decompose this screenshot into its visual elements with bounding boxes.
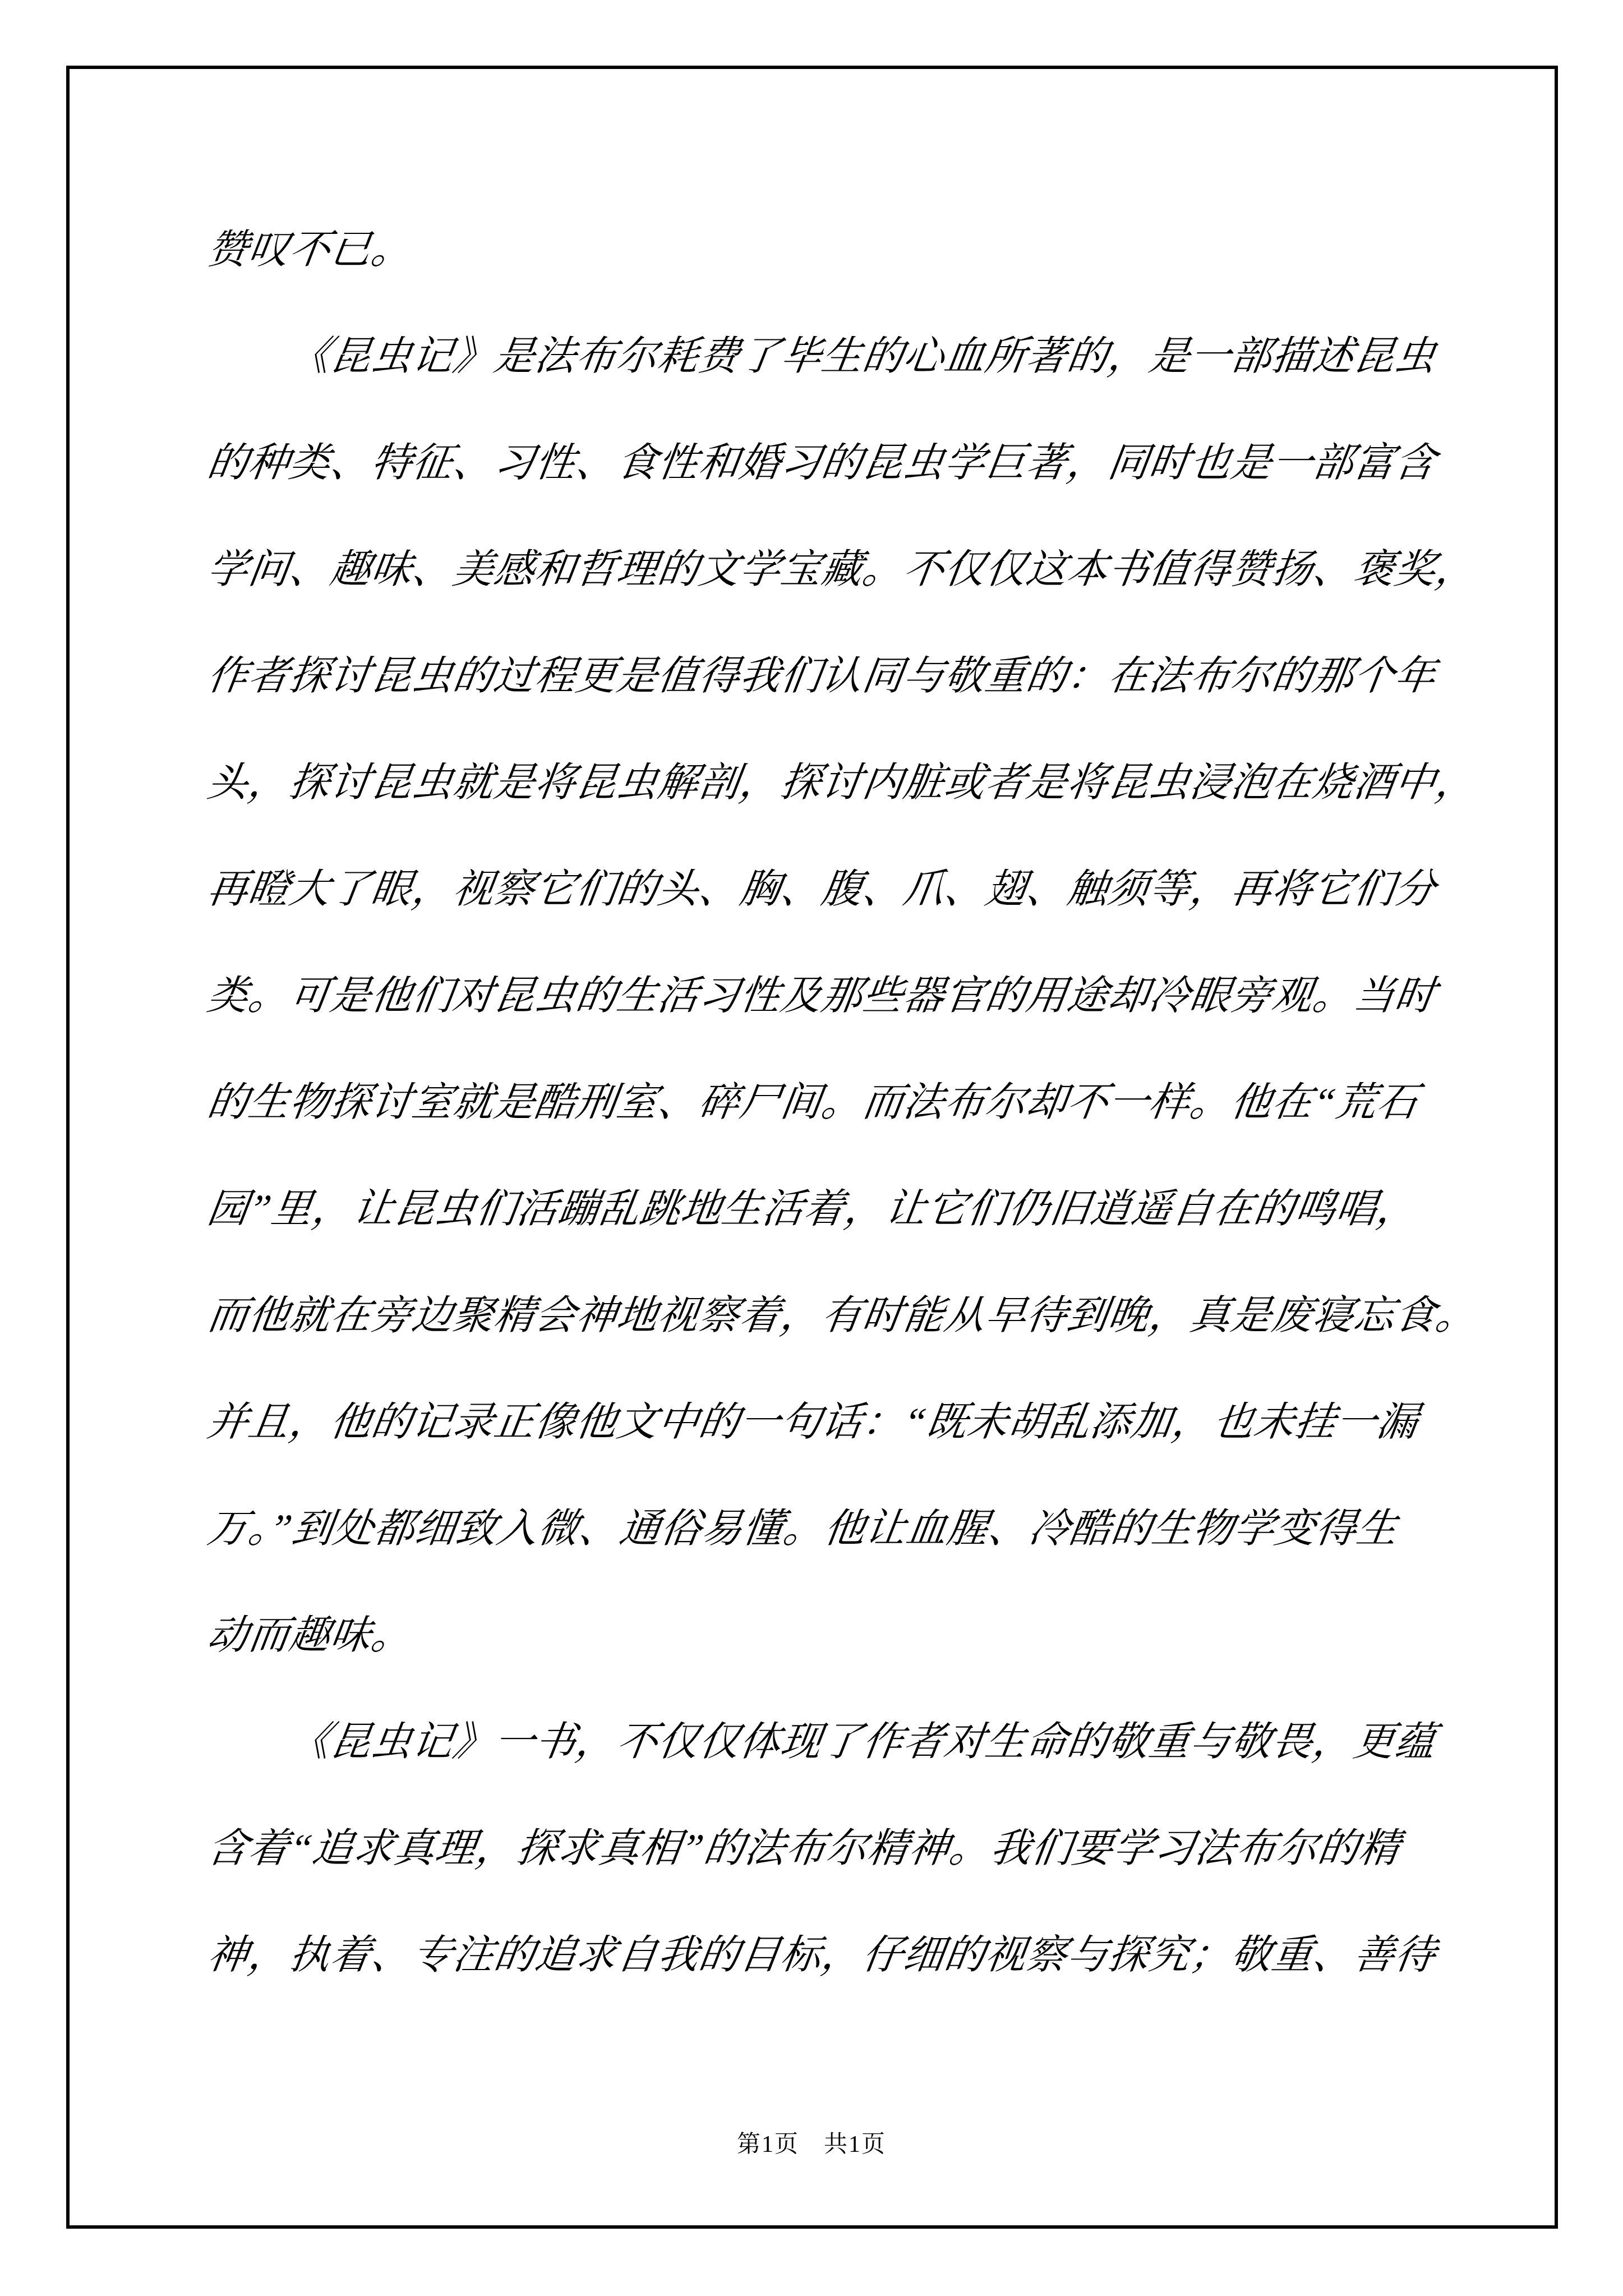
text-line: 神，执着、专注的追求自我的目标，仔细的视察与探究；敬重、善待 — [200, 1902, 1456, 2008]
page-number-footer: 第1页 共1页 — [0, 2129, 1623, 2160]
page-indicator: 第1页 共1页 — [737, 2132, 886, 2157]
text-line: 学问、趣味、美感和哲理的文学宝藏。不仅仅这本书值得赞扬、褒奖， — [200, 516, 1456, 623]
text-line: 《昆虫记》是法布尔耗费了毕生的心血所著的，是一部描述昆虫 — [200, 303, 1456, 409]
text-line: 再瞪大了眼，视察它们的头、胸、腹、爪、翅、触须等，再将它们分 — [200, 836, 1456, 942]
text-line: 万。”到处都细致入微、通俗易懂。他让血腥、冷酷的生物学变得生 — [200, 1475, 1456, 1582]
text-line: 类。可是他们对昆虫的生活习性及那些器官的用途却冷眼旁观。当时 — [200, 942, 1456, 1049]
text-line: 的生物探讨室就是酷刑室、碎尸间。而法布尔却不一样。他在“荒石 — [200, 1049, 1456, 1156]
text-line: 头，探讨昆虫就是将昆虫解剖，探讨内脏或者是将昆虫浸泡在烧酒中， — [200, 729, 1456, 836]
text-line: 含着“追求真理，探求真相”的法布尔精神。我们要学习法布尔的精 — [200, 1795, 1456, 1902]
text-line: 赞叹不已。 — [200, 196, 1456, 303]
document-page: 赞叹不已。 《昆虫记》是法布尔耗费了毕生的心血所著的，是一部描述昆虫 的种类、特… — [0, 0, 1623, 2296]
text-line: 动而趣味。 — [200, 1582, 1456, 1688]
document-body: 赞叹不已。 《昆虫记》是法布尔耗费了毕生的心血所著的，是一部描述昆虫 的种类、特… — [200, 196, 1456, 2008]
text-line: 而他就在旁边聚精会神地视察着，有时能从早待到晚，真是废寝忘食。 — [200, 1262, 1456, 1369]
text-line: 作者探讨昆虫的过程更是值得我们认同与敬重的：在法布尔的那个年 — [200, 623, 1456, 729]
text-line: 的种类、特征、习性、食性和婚习的昆虫学巨著，同时也是一部富含 — [200, 409, 1456, 516]
text-line: 并且，他的记录正像他文中的一句话：“既未胡乱添加，也未挂一漏 — [200, 1369, 1456, 1475]
text-line: 园”里，让昆虫们活蹦乱跳地生活着，让它们仍旧逍遥自在的鸣唱， — [200, 1156, 1456, 1262]
text-line: 《昆虫记》一书，不仅仅体现了作者对生命的敬重与敬畏，更蕴 — [200, 1688, 1456, 1795]
